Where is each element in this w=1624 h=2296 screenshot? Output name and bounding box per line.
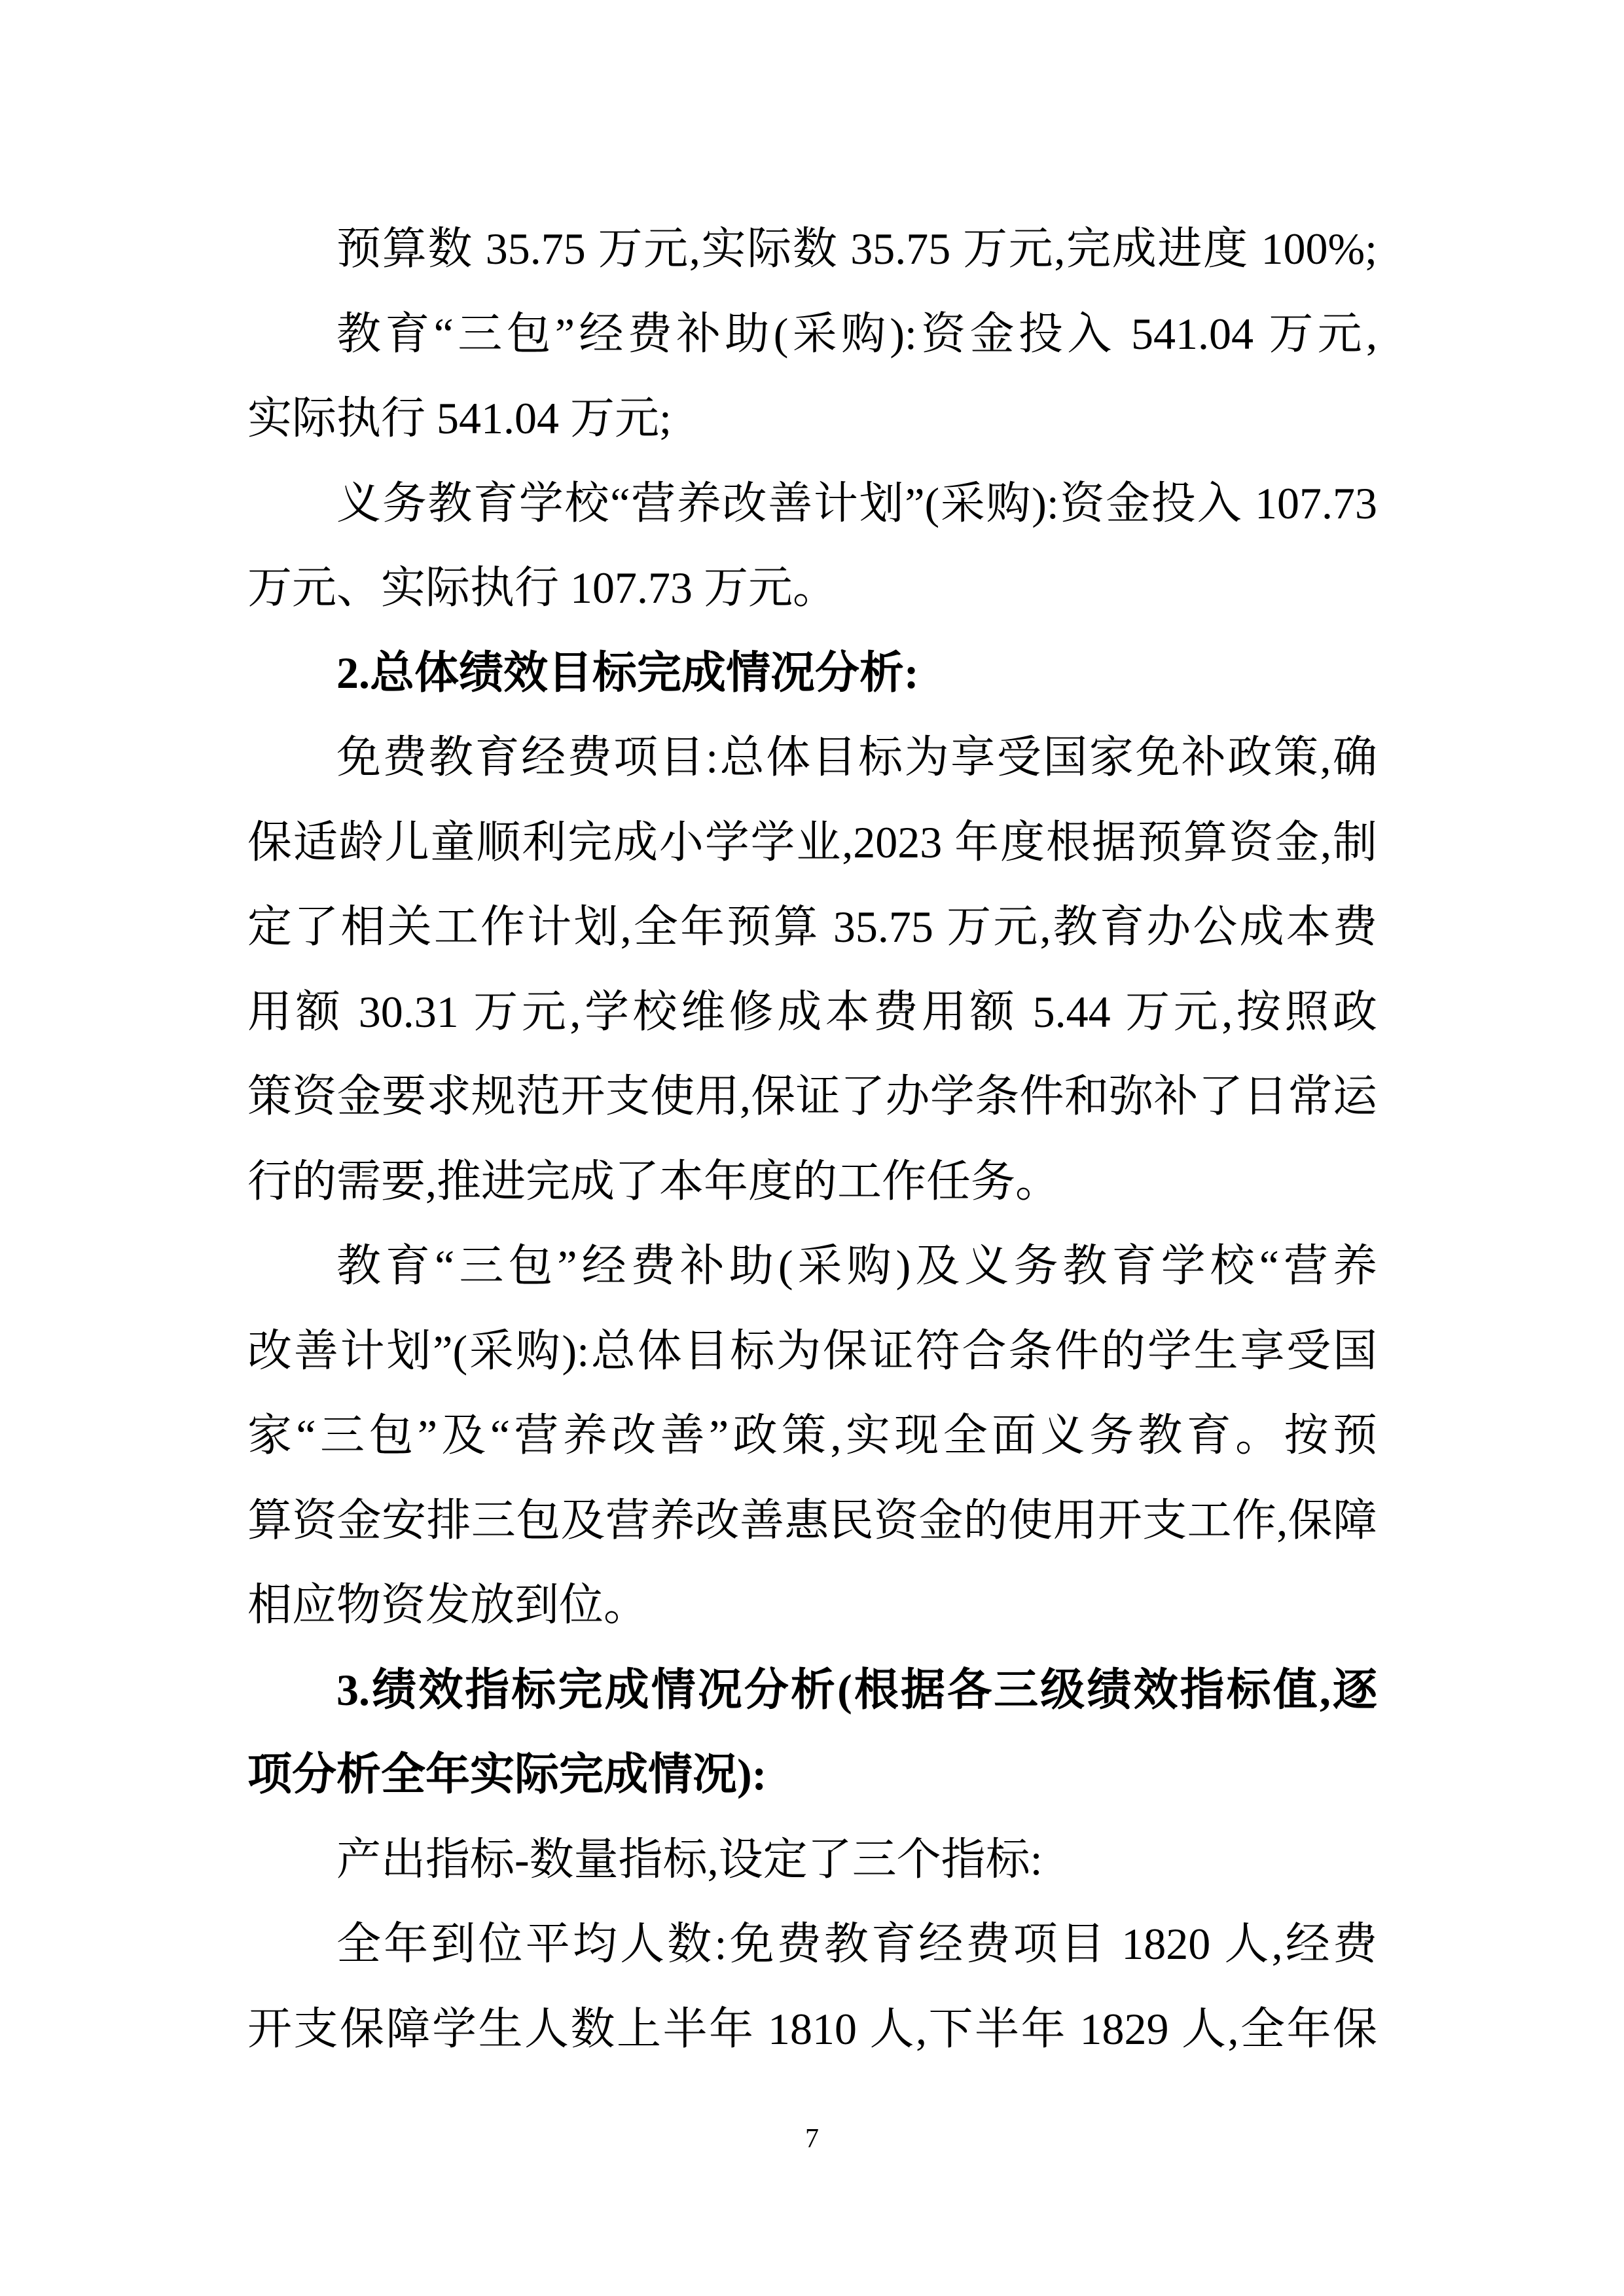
text-line: 家“三包”及“营养改善”政策,实现全面义务教育。按预: [247, 1393, 1377, 1479]
document-page: 预算数 35.75 万元,实际数 35.75 万元,完成进度 100%;教育“三…: [0, 0, 1624, 2296]
text-line: 实际执行 541.04 万元;: [247, 376, 1377, 461]
text-line: 预算数 35.75 万元,实际数 35.75 万元,完成进度 100%;: [247, 207, 1377, 292]
text-line: 2.总体绩效目标完成情况分析:: [247, 631, 1377, 716]
text-line: 定了相关工作计划,全年预算 35.75 万元,教育办公成本费: [247, 885, 1377, 970]
text-line: 产出指标-数量指标,设定了三个指标:: [247, 1818, 1377, 1903]
text-line: 义务教育学校“营养改善计划”(采购):资金投入 107.73: [247, 461, 1377, 547]
text-line: 算资金安排三包及营养改善惠民资金的使用开支工作,保障: [247, 1479, 1377, 1564]
text-line: 开支保障学生人数上半年 1810 人,下半年 1829 人,全年保: [247, 1987, 1377, 2072]
text-line: 全年到位平均人数:免费教育经费项目 1820 人,经费: [247, 1902, 1377, 1987]
text-line: 相应物资发放到位。: [247, 1563, 1377, 1648]
text-line: 免费教育经费项目:总体目标为享受国家免补政策,确: [247, 715, 1377, 800]
text-line: 教育“三包”经费补助(采购)及义务教育学校“营养: [247, 1224, 1377, 1309]
text-line: 行的需要,推进完成了本年度的工作任务。: [247, 1139, 1377, 1225]
text-line: 用额 30.31 万元,学校维修成本费用额 5.44 万元,按照政: [247, 970, 1377, 1055]
document-body: 预算数 35.75 万元,实际数 35.75 万元,完成进度 100%;教育“三…: [247, 207, 1377, 2072]
text-line: 改善计划”(采购):总体目标为保证符合条件的学生享受国: [247, 1309, 1377, 1394]
text-line: 3.绩效指标完成情况分析(根据各三级绩效指标值,逐: [247, 1648, 1377, 1733]
text-line: 策资金要求规范开支使用,保证了办学条件和弥补了日常运: [247, 1054, 1377, 1139]
page-number: 7: [0, 2119, 1624, 2159]
text-line: 保适龄儿童顺利完成小学学业,2023 年度根据预算资金,制: [247, 800, 1377, 886]
text-line: 万元、实际执行 107.73 万元。: [247, 546, 1377, 631]
text-line: 教育“三包”经费补助(采购):资金投入 541.04 万元,: [247, 292, 1377, 377]
text-line: 项分析全年实际完成情况):: [247, 1732, 1377, 1818]
